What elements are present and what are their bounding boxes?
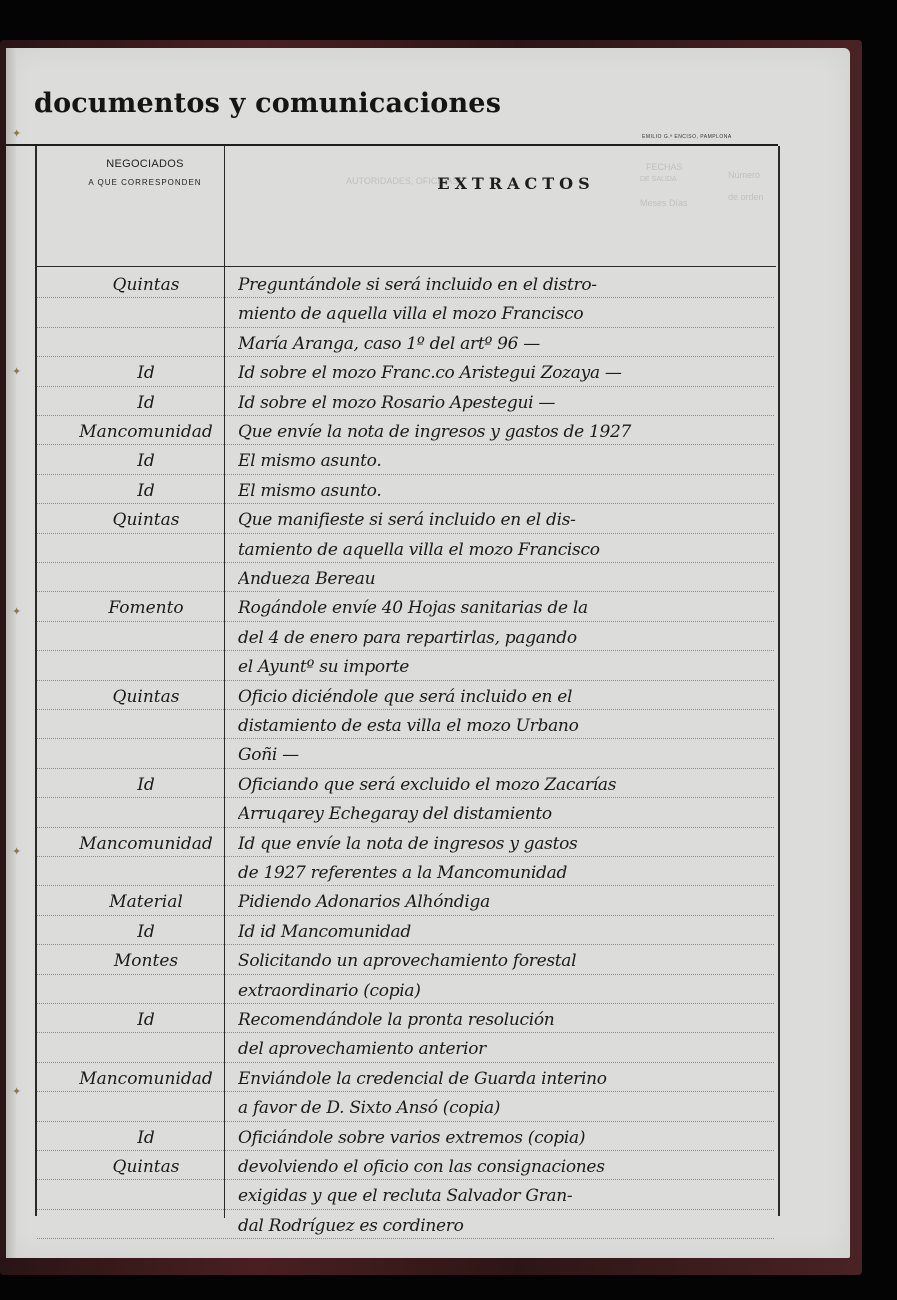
ruled-line	[37, 297, 774, 298]
extracto-cell: Recomendándole la pronta resolución	[238, 1009, 778, 1031]
extracto-cell: distamiento de esta villa el mozo Urbano	[238, 715, 778, 737]
table-row: miento de aquella villa el mozo Francisc…	[6, 303, 776, 325]
ruled-line	[37, 533, 774, 534]
extracto-cell: Id sobre el mozo Rosario Apestegui —	[238, 392, 778, 414]
extracto-cell: tamiento de aquella villa el mozo Franci…	[238, 539, 778, 561]
extracto-cell: Id que envíe la nota de ingresos y gasto…	[238, 833, 778, 855]
ruled-line	[37, 768, 774, 769]
ledger-page: ✦ ✦ ✦ ✦ ✦ documentos y comunicaciones EM…	[6, 48, 850, 1258]
ruled-line	[37, 827, 774, 828]
ruled-line	[37, 856, 774, 857]
ruled-line	[37, 1003, 774, 1004]
table-row: María Aranga, caso 1º del artº 96 —	[6, 333, 776, 355]
table-row: QuintasQue manifieste si será incluido e…	[6, 509, 776, 531]
table-row: distamiento de esta villa el mozo Urbano	[6, 715, 776, 737]
table-row: de 1927 referentes a la Mancomunidad	[6, 862, 776, 884]
ruled-line	[37, 503, 774, 504]
table-row: Andueza Bereau	[6, 568, 776, 590]
table-row: exigidas y que el recluta Salvador Gran-	[6, 1185, 776, 1207]
extracto-cell: Que envíe la nota de ingresos y gastos d…	[238, 421, 778, 443]
extracto-cell: María Aranga, caso 1º del artº 96 —	[238, 333, 778, 355]
table-row: IdEl mismo asunto.	[6, 450, 776, 472]
negociado-cell: Id	[40, 480, 252, 502]
ruled-line	[37, 1238, 774, 1239]
ruled-line	[37, 709, 774, 710]
table-row: Quintasdevolviendo el oficio con las con…	[6, 1156, 776, 1178]
ruled-line	[37, 974, 774, 975]
extracto-cell: extraordinario (copia)	[238, 980, 778, 1002]
ghost-header-fechas: FECHAS	[646, 162, 683, 172]
negociado-cell: Quintas	[40, 274, 252, 296]
table-row: FomentoRogándole envíe 40 Hojas sanitari…	[6, 597, 776, 619]
negociado-cell: Id	[40, 1127, 252, 1149]
ruled-line	[37, 1091, 774, 1092]
table-row: dal Rodríguez es cordinero	[6, 1215, 776, 1237]
extracto-cell: del 4 de enero para repartirlas, pagando	[238, 627, 778, 649]
ruled-line	[37, 1032, 774, 1033]
ruled-line	[37, 1209, 774, 1210]
negociado-cell: Id	[40, 921, 252, 943]
extracto-cell: Pidiendo Adonarios Alhóndiga	[238, 891, 778, 913]
extracto-cell: devolviendo el oficio con las consignaci…	[238, 1156, 778, 1178]
table-row: MancomunidadEnviándole la credencial de …	[6, 1068, 776, 1090]
ruled-line	[37, 621, 774, 622]
extracto-cell: a favor de D. Sixto Ansó (copia)	[238, 1097, 778, 1119]
table-row: Arruqarey Echegaray del distamiento	[6, 803, 776, 825]
ruled-line	[37, 797, 774, 798]
table-row: del 4 de enero para repartirlas, pagando	[6, 627, 776, 649]
extracto-cell: Rogándole envíe 40 Hojas sanitarias de l…	[238, 597, 778, 619]
extracto-cell: Solicitando un aprovechamiento forestal	[238, 950, 778, 972]
header-extractos: EXTRACTOS	[256, 174, 776, 193]
table-row: IdOficiándole sobre varios extremos (cop…	[6, 1127, 776, 1149]
ruled-line	[37, 1121, 774, 1122]
ruled-line	[37, 1062, 774, 1063]
ruled-line	[37, 738, 774, 739]
ruled-line	[37, 915, 774, 916]
ruled-line	[37, 474, 774, 475]
ghost-header-de-orden: de orden	[728, 192, 764, 202]
table-row: IdId sobre el mozo Rosario Apestegui —	[6, 392, 776, 414]
binding-stitch-icon: ✦	[12, 130, 22, 138]
table-row: IdOficiando que será excluido el mozo Za…	[6, 774, 776, 796]
ruled-line	[37, 680, 774, 681]
extracto-cell: Oficiando que será excluido el mozo Zaca…	[238, 774, 778, 796]
header-negociados-subtitle: A QUE CORRESPONDEN	[37, 178, 253, 187]
extracto-cell: Id id Mancomunidad	[238, 921, 778, 943]
extracto-cell: el Ayuntº su importe	[238, 656, 778, 678]
header-negociados: NEGOCIADOS A QUE CORRESPONDEN	[37, 158, 253, 187]
table-row: IdId sobre el mozo Franc.co Aristegui Zo…	[6, 362, 776, 384]
table-row: QuintasOficio diciéndole que será inclui…	[6, 686, 776, 708]
ruled-line	[37, 1150, 774, 1151]
table-row: Goñi —	[6, 744, 776, 766]
extracto-cell: Andueza Bereau	[238, 568, 778, 590]
negociado-cell: Quintas	[40, 1156, 252, 1178]
negociado-cell: Material	[40, 891, 252, 913]
ghost-header-mes-dia: Meses Días	[640, 198, 688, 208]
ruled-line	[37, 944, 774, 945]
ruled-line	[37, 415, 774, 416]
header-divider	[35, 266, 776, 267]
table-row: IdId id Mancomunidad	[6, 921, 776, 943]
negociado-cell: Quintas	[40, 509, 252, 531]
extracto-cell: dal Rodríguez es cordinero	[238, 1215, 778, 1237]
table-row: extraordinario (copia)	[6, 980, 776, 1002]
negociado-cell: Mancomunidad	[40, 833, 252, 855]
table-row: QuintasPreguntándole si será incluido en…	[6, 274, 776, 296]
ruled-line	[37, 356, 774, 357]
extracto-cell: El mismo asunto.	[238, 480, 778, 502]
table-row: MaterialPidiendo Adonarios Alhóndiga	[6, 891, 776, 913]
ruled-line	[37, 591, 774, 592]
negociado-cell: Mancomunidad	[40, 421, 252, 443]
table-row: el Ayuntº su importe	[6, 656, 776, 678]
table-row: MancomunidadId que envíe la nota de ingr…	[6, 833, 776, 855]
extracto-cell: El mismo asunto.	[238, 450, 778, 472]
header-negociados-title: NEGOCIADOS	[37, 158, 253, 170]
extracto-cell: Oficiándole sobre varios extremos (copia…	[238, 1127, 778, 1149]
table-row: MancomunidadQue envíe la nota de ingreso…	[6, 421, 776, 443]
extracto-cell: exigidas y que el recluta Salvador Gran-	[238, 1185, 778, 1207]
extracto-cell: Preguntándole si será incluido en el dis…	[238, 274, 778, 296]
page-title: documentos y comunicaciones	[34, 88, 501, 119]
negociado-cell: Id	[40, 362, 252, 384]
ruled-line	[37, 327, 774, 328]
negociado-cell: Id	[40, 392, 252, 414]
extracto-cell: Que manifieste si será incluido en el di…	[238, 509, 778, 531]
ruled-line	[37, 885, 774, 886]
negociado-cell: Quintas	[40, 686, 252, 708]
extracto-cell: Arruqarey Echegaray del distamiento	[238, 803, 778, 825]
printer-mark: EMILIO G.ª ENCISO, PAMPLONA	[642, 134, 732, 140]
ruled-line	[37, 650, 774, 651]
negociado-cell: Montes	[40, 950, 252, 972]
ledger-table: AUTORIDADES, OFICINAS FECHAS DE SALIDA M…	[6, 144, 778, 1218]
extracto-cell: Oficio diciéndole que será incluido en e…	[238, 686, 778, 708]
extracto-cell: Id sobre el mozo Franc.co Aristegui Zoza…	[238, 362, 778, 384]
ruled-line	[37, 386, 774, 387]
extracto-cell: Goñi —	[238, 744, 778, 766]
negociado-cell: Id	[40, 774, 252, 796]
negociado-cell: Mancomunidad	[40, 1068, 252, 1090]
table-row: IdRecomendándole la pronta resolución	[6, 1009, 776, 1031]
extracto-cell: Enviándole la credencial de Guarda inter…	[238, 1068, 778, 1090]
table-row: a favor de D. Sixto Ansó (copia)	[6, 1097, 776, 1119]
ruled-line	[37, 1179, 774, 1180]
ruled-line	[37, 444, 774, 445]
table-row: IdEl mismo asunto.	[6, 480, 776, 502]
extracto-cell: miento de aquella villa el mozo Francisc…	[238, 303, 778, 325]
negociado-cell: Fomento	[40, 597, 252, 619]
table-row: del aprovechamiento anterior	[6, 1038, 776, 1060]
extracto-cell: de 1927 referentes a la Mancomunidad	[238, 862, 778, 884]
ruled-line	[37, 562, 774, 563]
table-row: tamiento de aquella villa el mozo Franci…	[6, 539, 776, 561]
negociado-cell: Id	[40, 450, 252, 472]
negociado-cell: Id	[40, 1009, 252, 1031]
table-row: MontesSolicitando un aprovechamiento for…	[6, 950, 776, 972]
extracto-cell: del aprovechamiento anterior	[238, 1038, 778, 1060]
